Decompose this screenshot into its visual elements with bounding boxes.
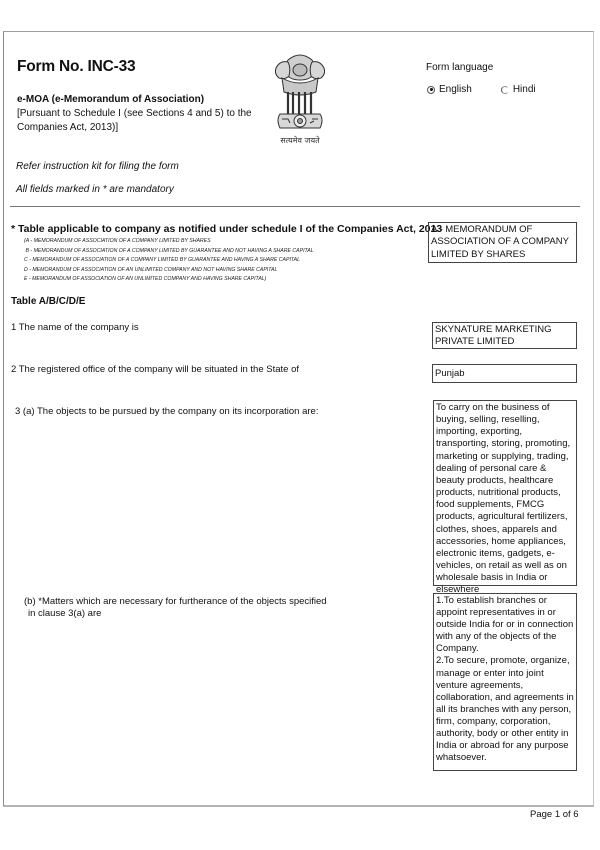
form-number: Form No. INC-33 <box>17 58 135 76</box>
section-heading: Table A/B/C/D/E <box>11 296 85 307</box>
mandatory-fields-note: All fields marked in * are mandatory <box>16 184 174 195</box>
state-label: 2 The registered office of the company w… <box>11 364 299 375</box>
objects-label: 3 (a) The objects to be pursued by the c… <box>15 406 318 417</box>
radio-hindi[interactable]: Hindi <box>501 84 536 95</box>
national-emblem-icon: सत्यमेव जयते <box>268 50 332 150</box>
emblem-motto: सत्यमेव जयते <box>268 135 332 146</box>
form-title: e-MOA (e-Memorandum of Association) <box>17 94 204 105</box>
company-name-field[interactable]: SKYNATURE MARKETING PRIVATE LIMITED <box>432 322 577 349</box>
table-type-b: B - MEMORANDUM OF ASSOCIATION OF A COMPA… <box>24 247 314 257</box>
matters-label: (b) *Matters which are necessary for fur… <box>24 596 327 620</box>
table-type-list: (A - MEMORANDUM OF ASSOCIATION OF A COMP… <box>24 237 314 285</box>
radio-checked-icon[interactable] <box>427 86 435 94</box>
matters-label-line1: (b) *Matters which are necessary for fur… <box>24 596 327 608</box>
radio-unchecked-icon[interactable] <box>501 86 509 94</box>
radio-english-label: English <box>439 84 472 95</box>
table-type-e: E - MEMORANDUM OF ASSOCIATION OF AN UNLI… <box>24 275 314 285</box>
instruction-kit-note: Refer instruction kit for filing the for… <box>16 161 179 172</box>
radio-hindi-label: Hindi <box>513 84 536 95</box>
table-type-c: C - MEMORANDUM OF ASSOCIATION OF A COMPA… <box>24 256 314 266</box>
company-name-label: 1 The name of the company is <box>11 322 139 333</box>
matters-field[interactable]: 1.To establish branches or appoint repre… <box>433 593 577 771</box>
form-language-label: Form language <box>426 62 493 73</box>
page-indicator: Page 1 of 6 <box>530 809 579 820</box>
state-field[interactable]: Punjab <box>432 364 577 383</box>
table-applicable-field[interactable]: A - MEMORANDUM OF ASSOCIATION OF A COMPA… <box>428 222 577 263</box>
pursuant-text: [Pursuant to Schedule I (see Sections 4 … <box>17 107 257 134</box>
form-language-radio-group: English Hindi <box>427 84 536 95</box>
table-applicable-label: * Table applicable to company as notifie… <box>11 223 442 235</box>
table-type-a: (A - MEMORANDUM OF ASSOCIATION OF A COMP… <box>24 237 314 247</box>
matters-label-line2: in clause 3(a) are <box>24 608 327 620</box>
table-type-d: D - MEMORANDUM OF ASSOCIATION OF AN UNLI… <box>24 266 314 276</box>
objects-field[interactable]: To carry on the business of buying, sell… <box>433 400 577 586</box>
header-divider <box>10 206 580 207</box>
radio-english[interactable]: English <box>427 84 472 95</box>
